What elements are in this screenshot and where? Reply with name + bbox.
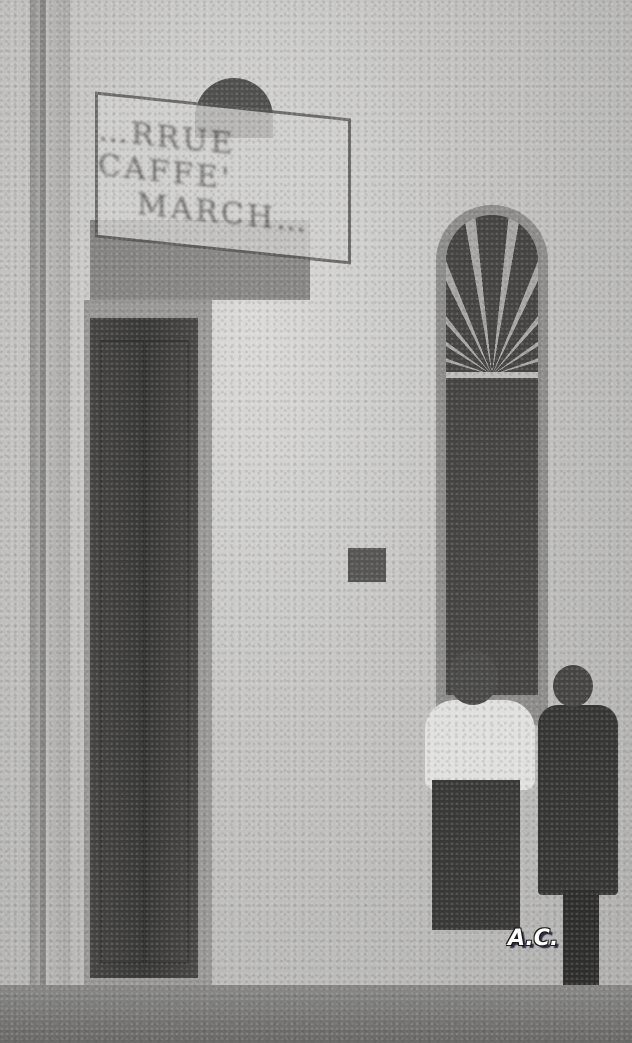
film-grain (0, 0, 632, 1043)
photograph: …RRUE CAFFE' MARCH… A.C. (0, 0, 632, 1043)
watermark: A.C. (508, 926, 558, 951)
